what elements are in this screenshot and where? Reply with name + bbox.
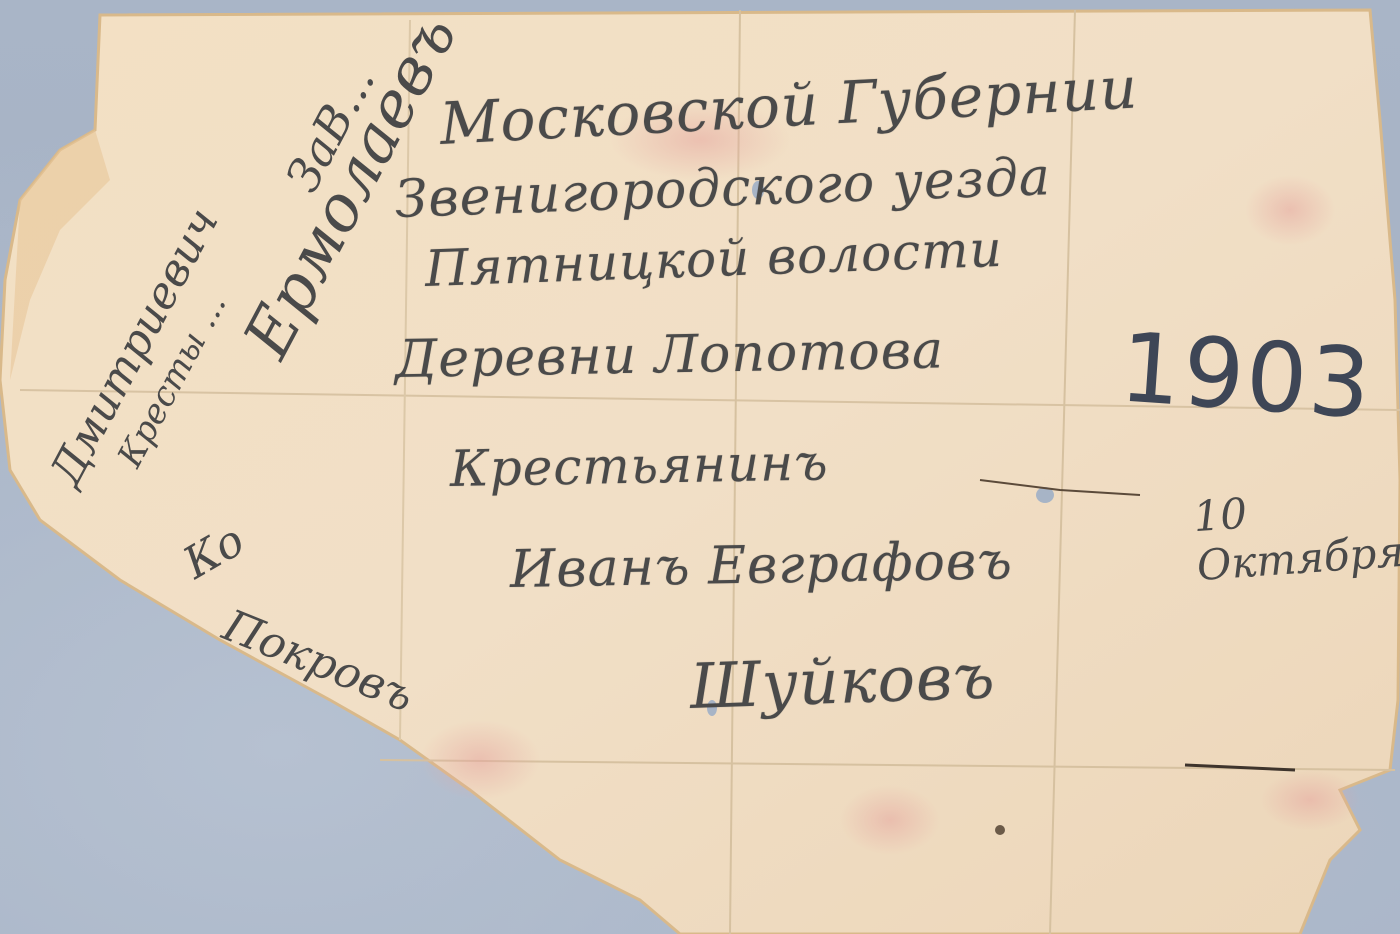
handwritten-line-name: Иванъ Евграфовъ [509,531,1013,600]
handwritten-line-village: Деревни Лопотова [394,320,944,390]
handwritten-line-estate: Крестьянинъ [449,433,828,498]
handwritten-date: 10 Октября [1192,478,1400,590]
handwritten-line-surname: Шуйковъ [689,639,997,723]
handwritten-year: 1903 [1116,311,1376,440]
